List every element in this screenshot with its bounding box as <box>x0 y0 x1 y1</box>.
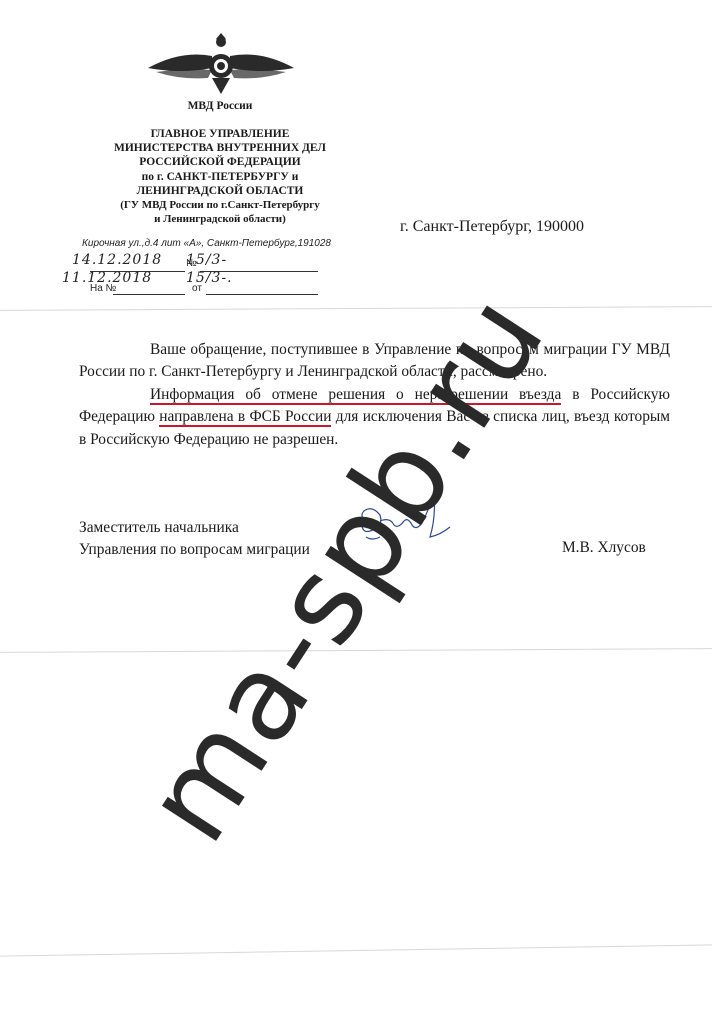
organization-header: ГЛАВНОЕ УПРАВЛЕНИЕ МИНИСТЕРСТВА ВНУТРЕНН… <box>70 127 370 226</box>
highlight-fsb: направлена в ФСБ России <box>159 408 331 427</box>
recipient-city: г. Санкт-Петербург, 190000 <box>400 218 584 236</box>
signatory-position: Заместитель начальника Управления по воп… <box>79 517 310 561</box>
outgoing-number: 15/3- <box>186 252 227 268</box>
handwritten-signature-icon <box>350 487 460 557</box>
org-line: по г. САНКТ-ПЕТЕРБУРГУ и <box>70 170 370 184</box>
paragraph-2: Информация об отмене решения о неразреше… <box>79 384 670 451</box>
on-number-label: На № <box>90 283 116 294</box>
org-line: (ГУ МВД России по г.Санкт-Петербургу <box>70 198 370 212</box>
position-line-1: Заместитель начальника <box>79 517 310 539</box>
emblem-label: МВД России <box>120 100 320 112</box>
org-line: ГЛАВНОЕ УПРАВЛЕНИЕ <box>70 127 370 141</box>
signatory-name: М.В. Хлусов <box>562 539 646 557</box>
org-line: МИНИСТЕРСТВА ВНУТРЕННИХ ДЕЛ <box>70 141 370 155</box>
letter-body: Ваше обращение, поступившее в Управление… <box>79 339 670 451</box>
org-line: ЛЕНИНГРАДСКОЙ ОБЛАСТИ <box>70 184 370 198</box>
sender-address: Кирочная ул.,д.4 лит «А», Санкт-Петербур… <box>82 238 331 249</box>
org-line: РОССИЙСКОЙ ФЕДЕРАЦИИ <box>70 155 370 169</box>
position-line-2: Управления по вопросам миграции <box>79 539 310 561</box>
outgoing-date: 14.12.2018 <box>72 252 162 268</box>
paragraph-1: Ваше обращение, поступившее в Управление… <box>79 339 670 384</box>
org-line: и Ленинградской области) <box>70 212 370 226</box>
highlight-cancellation: Информация об отмене решения о неразреше… <box>150 386 561 405</box>
mvd-emblem-icon <box>146 28 296 98</box>
incoming-number: 15/3-. <box>186 270 233 286</box>
